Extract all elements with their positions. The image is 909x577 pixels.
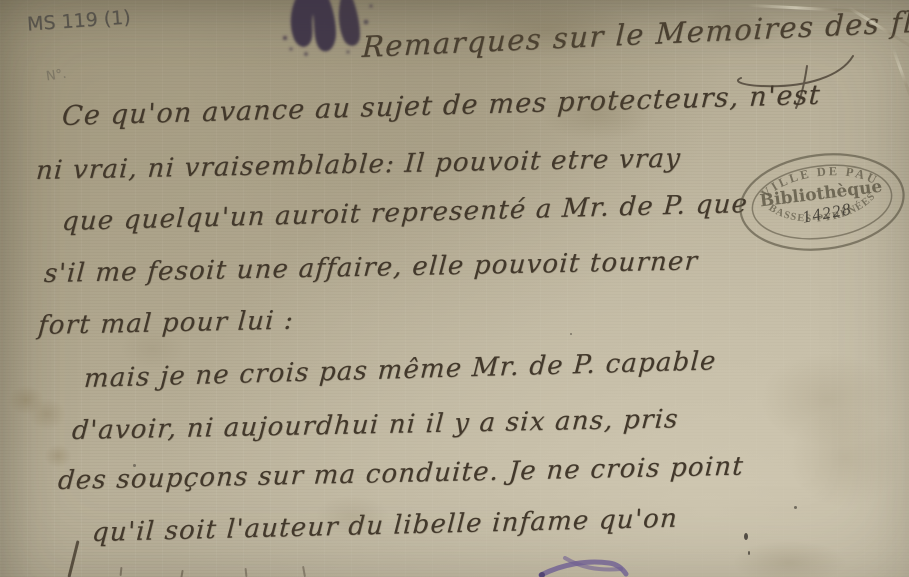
paper-crease	[892, 48, 909, 115]
ink-speck	[794, 506, 797, 509]
text-line: ni vrai, ni vraisemblable: Il pouvoit et…	[35, 144, 682, 186]
cutoff-line-fragment	[245, 568, 248, 577]
stain	[8, 385, 44, 415]
stain	[732, 540, 847, 577]
library-stamp: VILLE DE PAU BASSES-PYRÉNÉES Bibliothèqu…	[730, 140, 909, 264]
ink-speck	[748, 551, 750, 555]
text-line: s'il me fesoit une affaire, elle pouvoit…	[43, 246, 699, 289]
stain	[28, 398, 66, 430]
text-line: mais je ne crois pas même Mr. de P. capa…	[83, 346, 717, 394]
text-line: Ce qu'on avance au sujet de mes protecte…	[61, 80, 822, 132]
stain	[788, 408, 903, 508]
manuscript-scan: MS 119 (1) N°. Remarques sur le Memoires…	[0, 0, 909, 577]
text-line: qu'il soit l'auteur du libelle infame qu…	[91, 504, 679, 548]
text-line: des soupçons sur ma conduite. Je ne croi…	[57, 452, 745, 496]
cutoff-line-fragment	[180, 570, 183, 577]
cutoff-line-fragment	[302, 566, 306, 577]
purple-mark	[535, 556, 635, 577]
ink-speck	[570, 333, 572, 335]
ink-speck	[744, 533, 748, 540]
stain	[44, 444, 72, 468]
text-line: fort mal pour lui :	[37, 306, 295, 341]
text-line: d'avoir, ni aujourdhui ni il y a six ans…	[71, 404, 680, 446]
descender-stroke	[67, 540, 79, 577]
text-line: que quelqu'un auroit representé a Mr. de…	[61, 189, 749, 237]
ms-number: MS 119 (1)	[26, 6, 131, 35]
stain	[760, 352, 895, 447]
corner-note: N°.	[45, 67, 67, 85]
cutoff-line-fragment	[120, 567, 123, 576]
